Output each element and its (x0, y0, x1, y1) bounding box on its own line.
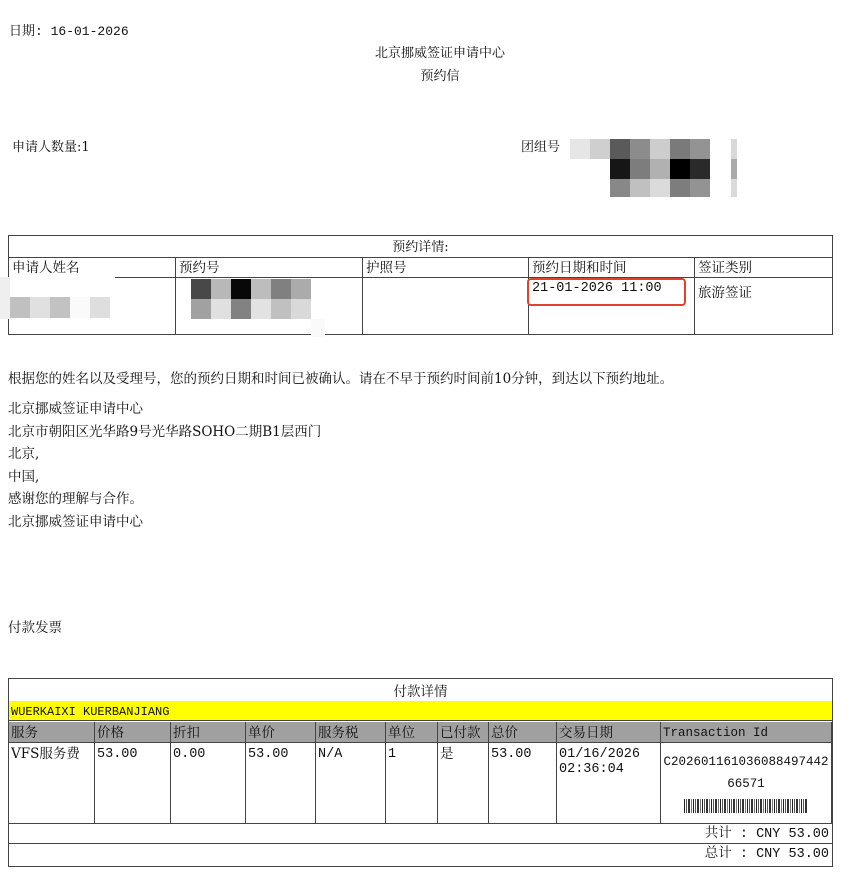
payment-details-table: 付款详情 WUERKAIXI KUERBANJIANG 服务 VFS服务费 价格… (8, 678, 833, 867)
payment-table-caption: 付款详情 (9, 679, 832, 702)
units-value: 1 (386, 743, 437, 766)
subtotal-value: 共计 : CNY 53.00 (705, 827, 829, 842)
column-service: 服务 VFS服务费 (9, 722, 95, 823)
appointment-table-caption: 预约详情: (9, 236, 832, 258)
column-discount: 折扣 0.00 (171, 722, 246, 823)
discount-value: 0.00 (171, 743, 245, 766)
column-price: 价格 53.00 (95, 722, 171, 823)
header-service: 服务 (9, 722, 94, 743)
column-transaction-date: 交易日期 01/16/2026 02:36:04 (557, 722, 661, 823)
signature-line: 北京挪威签证申请中心 (8, 510, 143, 530)
column-unit-price: 单价 53.00 (246, 722, 316, 823)
transaction-id-line2: 66571 (663, 773, 829, 795)
subtotal: 共计 : CNY 53.00 (9, 823, 832, 844)
header-price: 价格 (95, 722, 170, 743)
confirmation-text: 根据您的姓名以及受理号，您的预约日期和时间已被确认。请在不早于预约时间前10分钟… (8, 367, 673, 387)
price-value: 53.00 (95, 743, 170, 766)
header-paid: 已付款 (438, 722, 488, 743)
barcode-icon (684, 799, 808, 813)
column-passport-number: 护照号 (363, 257, 529, 335)
header-transaction-date: 交易日期 (557, 722, 660, 743)
column-units: 单位 1 (386, 722, 438, 823)
thanks-line: 感谢您的理解与合作。 (8, 487, 143, 507)
grand-total: 总计 : CNY 53.00 (9, 844, 832, 865)
header-visa-category: 签证类别 (695, 257, 832, 278)
header-service-tax: 服务税 (316, 722, 385, 743)
total-value: 53.00 (489, 743, 556, 766)
column-paid: 已付款 是 (438, 722, 489, 823)
appointment-details-table: 预约详情: 申请人姓名 预约号 护照号 预约日期和时间 21-01-2026 1… (8, 235, 833, 335)
header-transaction-id: Transaction Id (661, 722, 831, 743)
transaction-time-value: 02:36:04 (559, 762, 658, 777)
payer-name: WUERKAIXI KUERBANJIANG (9, 701, 832, 721)
applicant-count: 申请人数量:1 (12, 136, 90, 155)
unit-price-value: 53.00 (246, 743, 315, 766)
header-discount: 折扣 (171, 722, 245, 743)
address-line-center-name: 北京挪威签证申请中心 (8, 397, 143, 417)
transaction-date-value: 01/16/2026 (559, 747, 658, 762)
invoice-heading: 付款发票 (8, 616, 62, 636)
group-number-label: 团组号 (521, 136, 560, 155)
column-total: 总价 53.00 (489, 722, 557, 823)
grand-total-value: 总计 : CNY 53.00 (705, 847, 829, 862)
letter-title: 预约信 (0, 65, 865, 84)
column-transaction-id: Transaction Id C202601161036088497442 66… (661, 722, 832, 823)
column-visa-category: 签证类别 旅游签证 (695, 257, 832, 335)
column-applicant-name: 申请人姓名 (9, 257, 176, 335)
paid-value: 是 (438, 743, 488, 766)
header-passport-number: 护照号 (363, 257, 528, 278)
address-line-street: 北京市朝阳区光华路9号光华路SOHO二期B1层西门 (8, 420, 321, 440)
service-tax-value: N/A (316, 743, 385, 766)
header-appointment-datetime: 预约日期和时间 (529, 257, 694, 278)
address-line-city: 北京, (8, 442, 39, 462)
header-unit-price: 单价 (246, 722, 315, 743)
header-units: 单位 (386, 722, 437, 743)
header-total: 总价 (489, 722, 556, 743)
organization-title: 北京挪威签证申请中心 (0, 42, 865, 61)
header-applicant-name: 申请人姓名 (9, 257, 175, 278)
document-date: 日期: 16-01-2026 (9, 20, 129, 39)
visa-category-value: 旅游签证 (695, 278, 832, 304)
transaction-id-line1: C202601161036088497442 (663, 751, 829, 773)
header-reference-number: 预约号 (176, 257, 362, 278)
address-line-country: 中国, (8, 465, 39, 485)
service-value: VFS服务费 (9, 743, 94, 766)
appointment-datetime-highlight (527, 278, 686, 306)
column-service-tax: 服务税 N/A (316, 722, 386, 823)
